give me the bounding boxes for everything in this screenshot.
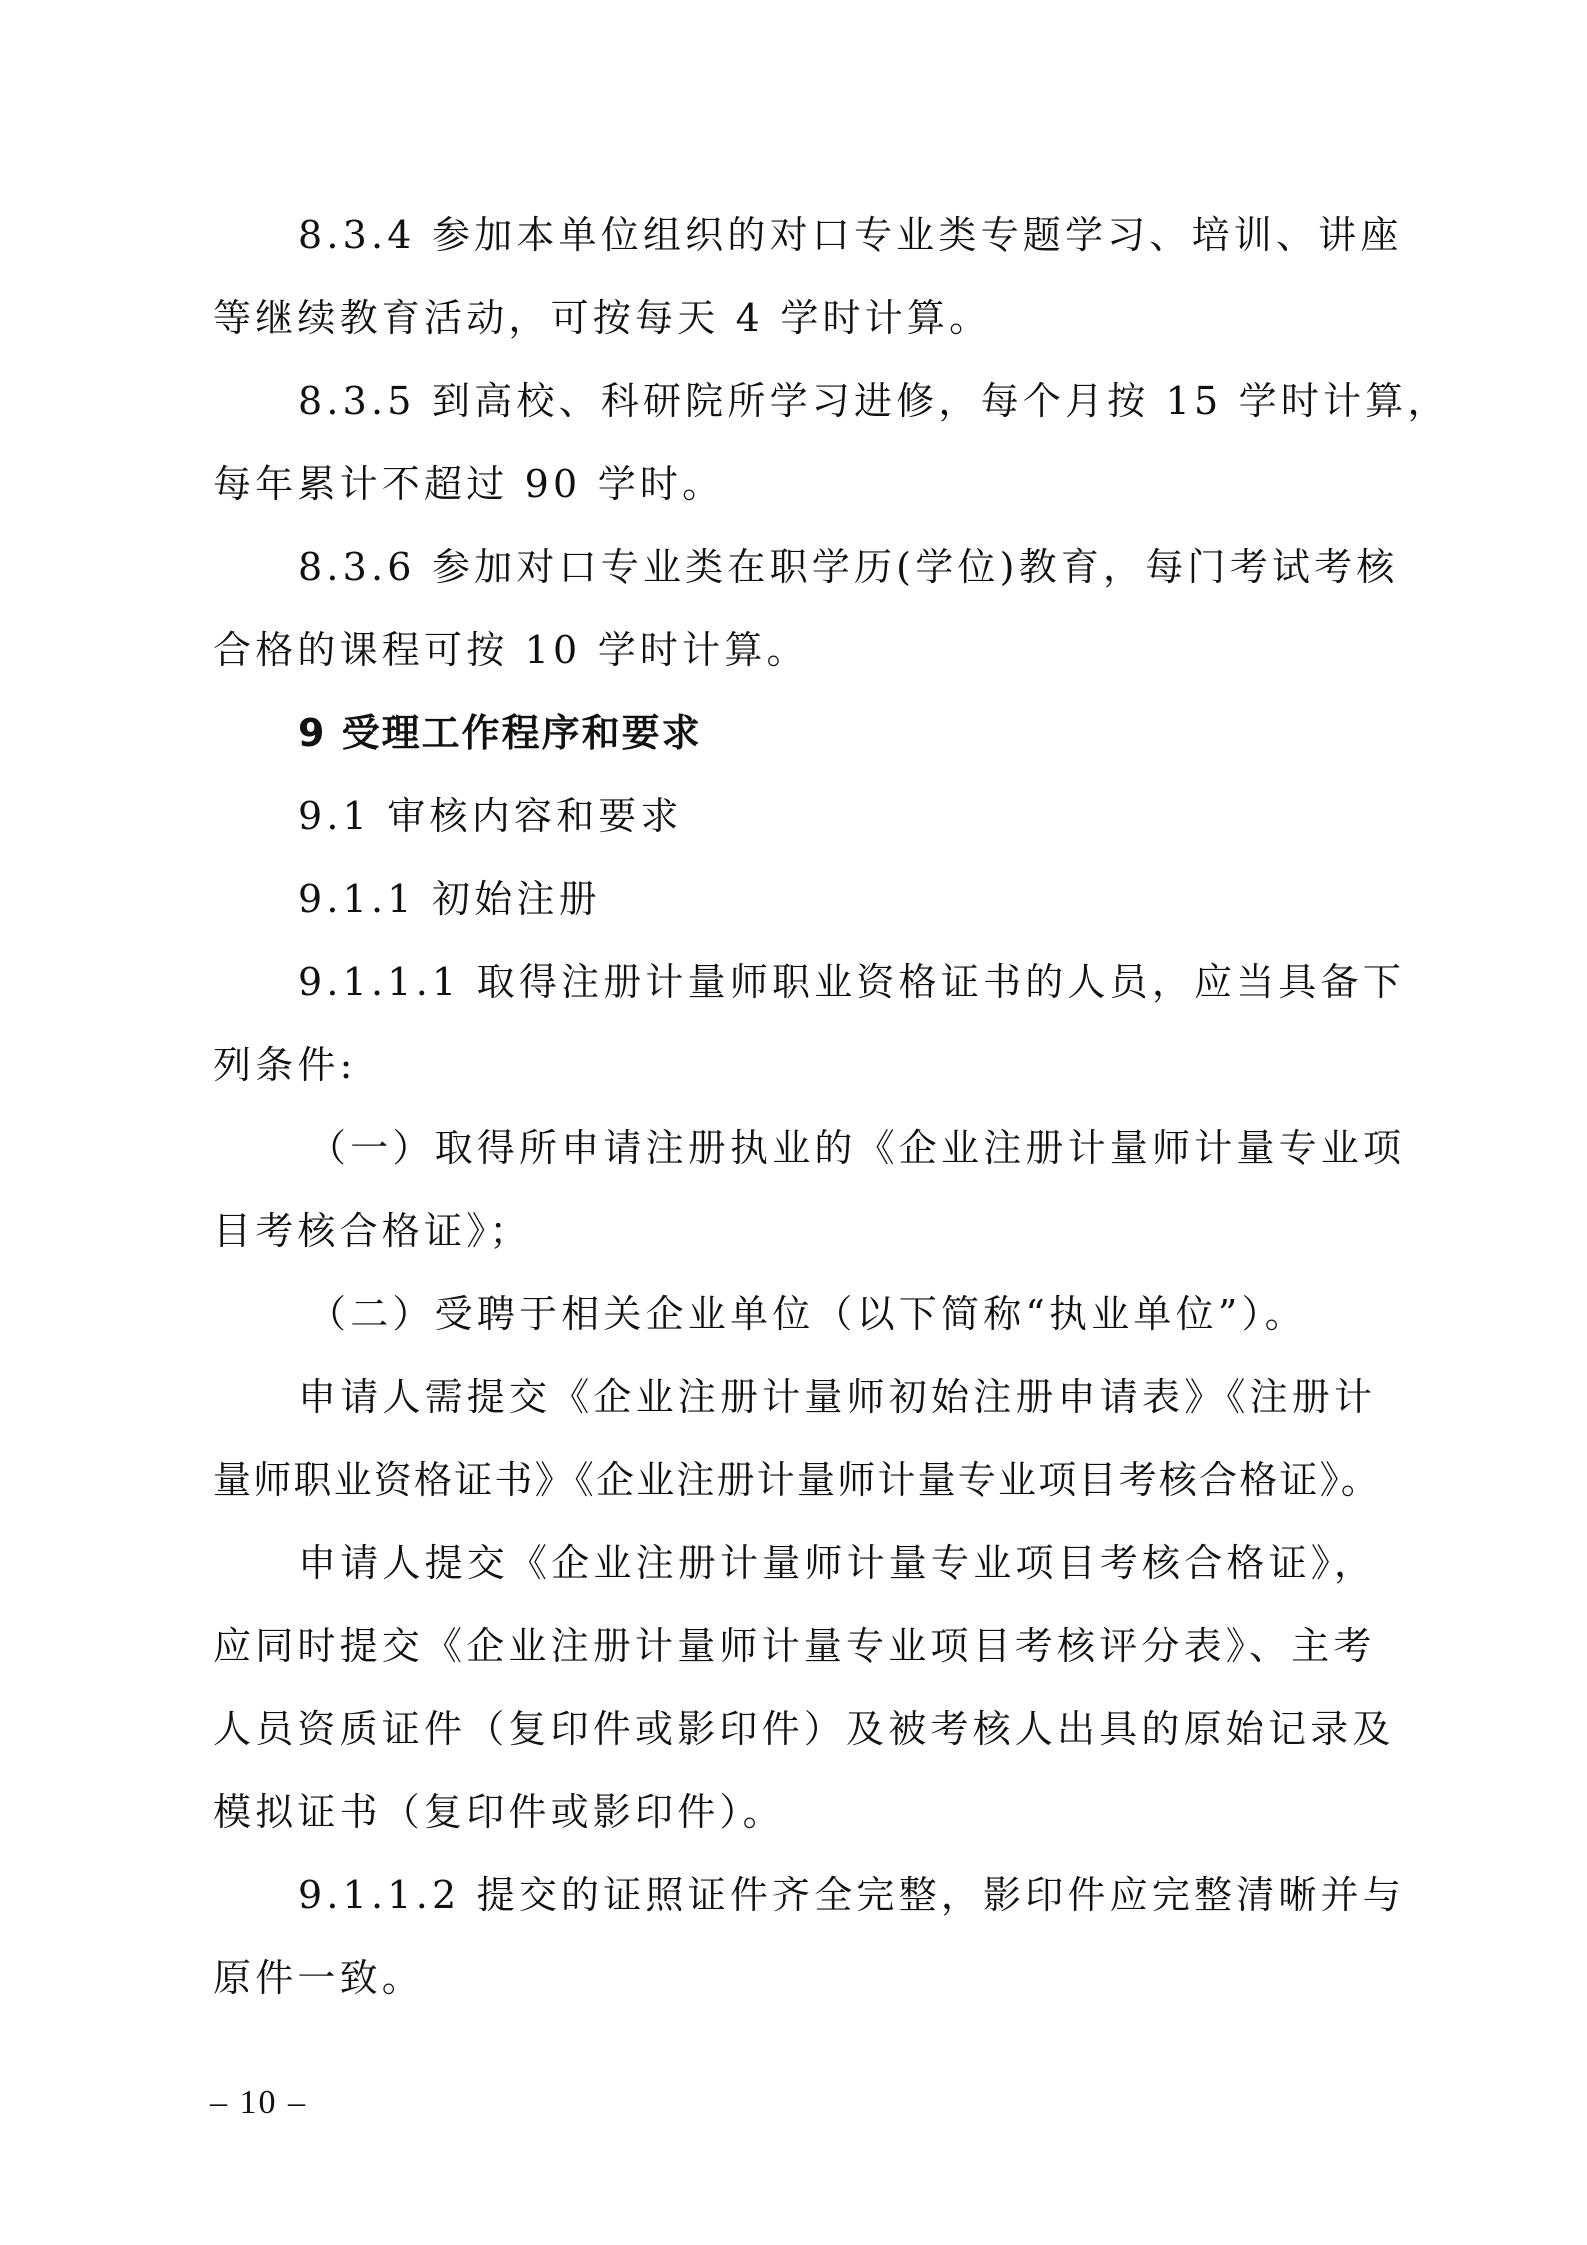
submission-paragraph-2-line-3: 人员资质证件（复印件或影印件）及被考核人出具的原始记录及 (213, 1704, 1395, 1754)
paragraph-8-3-4-line-1: 8.3.4 参加本单位组织的对口专业类专题学习、培训、讲座 (298, 210, 1403, 260)
page-number: – 10 – (210, 2083, 307, 2123)
paragraph-8-3-4-line-2: 等继续教育活动，可按每天 4 学时计算。 (213, 293, 991, 343)
submission-paragraph-2-line-1: 申请人提交《企业注册计量师计量专业项目考核合格证》， (298, 1538, 1376, 1588)
submission-paragraph-1-line-1: 申请人需提交《企业注册计量师初始注册申请表》《注册计 (298, 1372, 1376, 1422)
paragraph-9-1-1-1-line-2: 列条件: (213, 1040, 357, 1090)
paragraph-9-1-1-2-line-2: 原件一致。 (213, 1953, 424, 2003)
paragraph-8-3-6-line-2: 合格的课程可按 10 学时计算。 (213, 625, 809, 675)
condition-2-line-1: （二）受聘于相关企业单位（以下简称“执业单位”）。 (308, 1289, 1307, 1339)
section-heading-9-1: 9.1 审核内容和要求 (298, 791, 683, 841)
section-heading-9-1-1: 9.1.1 初始注册 (298, 874, 601, 924)
submission-paragraph-2-line-4: 模拟证书（复印件或影印件）。 (213, 1787, 785, 1837)
section-heading-9: 9 受理工作程序和要求 (298, 708, 702, 758)
paragraph-9-1-1-1-line-1: 9.1.1.1 取得注册计量师职业资格证书的人员，应当具备下 (298, 957, 1405, 1007)
condition-1-line-2: 目考核合格证》； (213, 1206, 532, 1256)
paragraph-8-3-5-line-1: 8.3.5 到高校、科研院所学习进修，每个月按 15 学时计算， (298, 376, 1450, 426)
condition-1-line-1: （一）取得所申请注册执业的《企业注册计量师计量专业项 (308, 1123, 1405, 1173)
paragraph-8-3-6-line-1: 8.3.6 参加对口专业类在职学历(学位)教育，每门考试考核 (298, 542, 1398, 592)
paragraph-9-1-1-2-line-1: 9.1.1.2 提交的证照证件齐全完整，影印件应完整清晰并与 (298, 1870, 1405, 1920)
submission-paragraph-2-line-2: 应同时提交《企业注册计量师计量专业项目考核评分表》、主考 (213, 1621, 1376, 1671)
paragraph-8-3-5-line-2: 每年累计不超过 90 学时。 (213, 459, 724, 509)
document-page: 8.3.4 参加本单位组织的对口专业类专题学习、培训、讲座 等继续教育活动，可按… (0, 0, 1587, 2245)
submission-paragraph-1-line-2: 量师职业资格证书》《企业注册计量师计量专业项目考核合格证》。 (213, 1455, 1381, 1505)
